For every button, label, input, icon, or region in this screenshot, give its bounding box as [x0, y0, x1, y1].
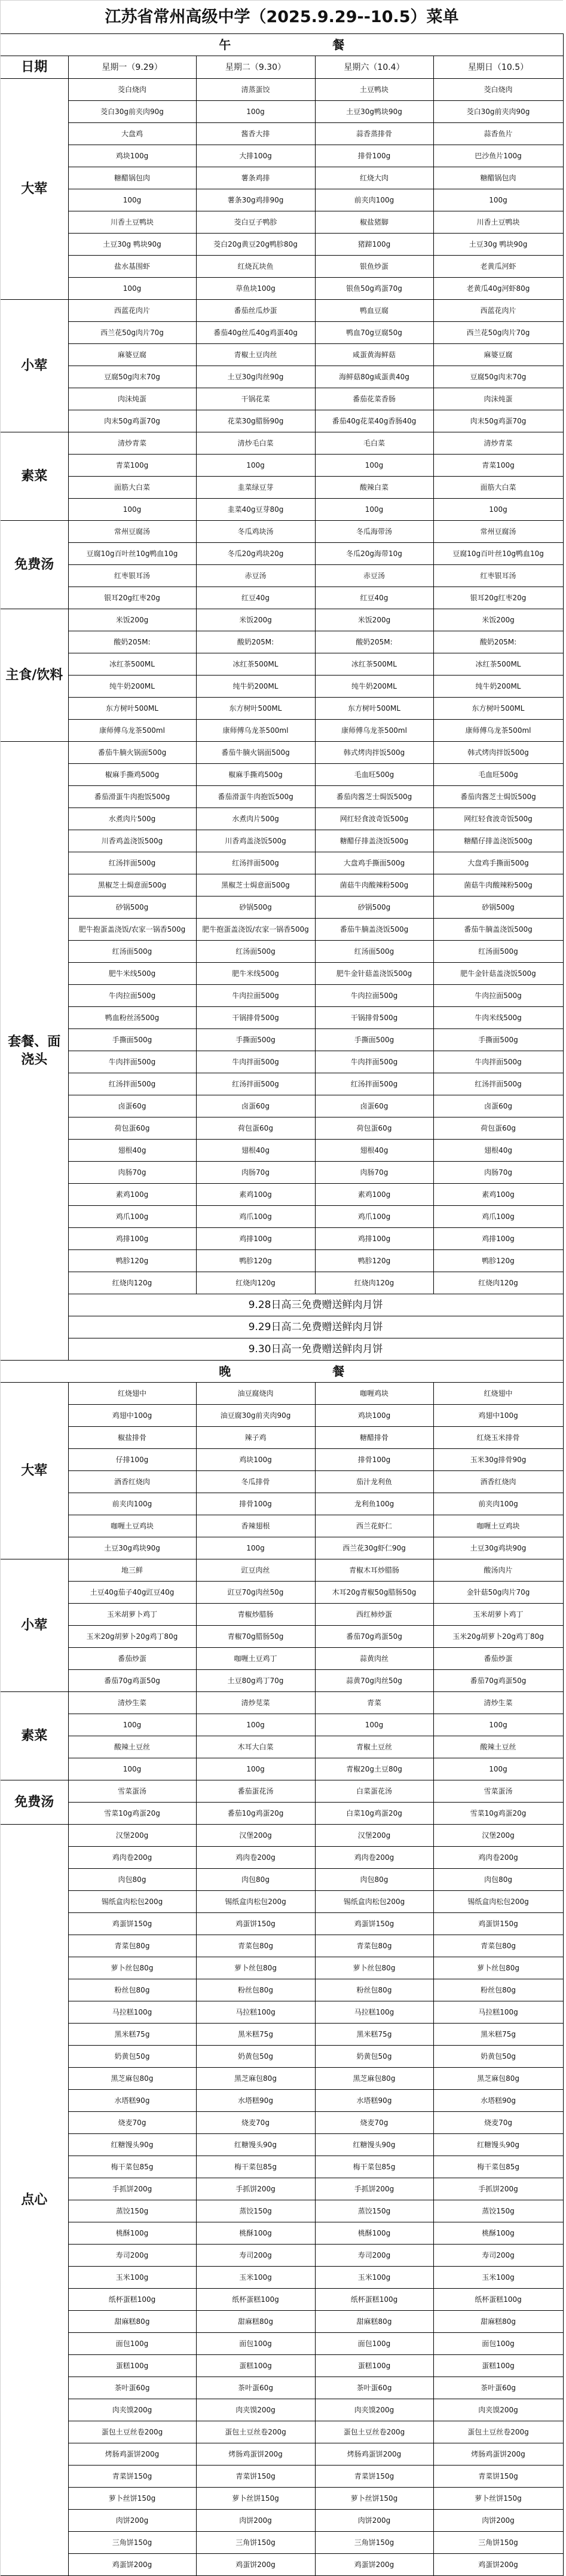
table-row: 番茄滑蛋牛肉抱饭500g番茄滑蛋牛肉抱饭500g番茄肉酱芝士焗饭500g番茄肉酱… [1, 786, 563, 808]
page-title: 江苏省常州高级中学（2025.9.29--10.5）菜单 [1, 1, 563, 34]
menu-cell-tue: 川香鸡盖浇饭500g [196, 830, 315, 852]
menu-cell-tue: 手撕面500g [196, 1029, 315, 1051]
table-row: 土豆30g鸡块90g100g西兰花30g虾仁90g土豆30g鸡块90g [1, 1537, 563, 1559]
table-row: 奶黄包50g奶黄包50g奶黄包50g奶黄包50g [1, 2046, 563, 2068]
menu-cell-sun: 青菜饼150g [433, 2466, 563, 2488]
category-label: 大荤 [1, 79, 68, 300]
menu-cell-tue: 烤肠鸡蛋饼200g [196, 2443, 315, 2466]
table-row: 青菜100g100g100g青菜100g [1, 455, 563, 477]
menu-cell-tue: 肉肠70g [196, 1162, 315, 1184]
menu-cell-sun: 翅根40g [433, 1140, 563, 1162]
date-column-header: 日期 [1, 56, 68, 79]
table-row: 点心汉堡200g汉堡200g汉堡200g汉堡200g [1, 1825, 563, 1847]
dinner-label-a: 晚 [219, 1364, 231, 1378]
table-row: 蛋糕100g蛋糕100g蛋糕100g蛋糕100g [1, 2355, 563, 2377]
table-row: 肉沫炖蛋干锅花菜番茄花菜香肠肉沫炖蛋 [1, 388, 563, 410]
menu-cell-mon: 清炒生菜 [68, 1692, 196, 1714]
menu-cell-sat: 东方树叶500ML [315, 698, 433, 720]
menu-cell-sun: 豆腐50g肉末70g [433, 366, 563, 388]
table-row: 肉夹馍200g肉夹馍200g肉夹馍200g肉夹馍200g [1, 2399, 563, 2421]
table-row: 红汤面500g红汤面500g红汤面500g红汤面500g [1, 941, 563, 963]
menu-cell-mon: 100g [68, 1758, 196, 1780]
menu-cell-tue: 木耳大白菜 [196, 1736, 315, 1758]
menu-cell-tue: 鸡爪100g [196, 1206, 315, 1228]
menu-cell-sun: 面筋大白菜 [433, 477, 563, 499]
table-row: 翅根40g翅根40g翅根40g翅根40g [1, 1140, 563, 1162]
menu-cell-sun: 100g [433, 1714, 563, 1736]
menu-cell-sun: 鸡排100g [433, 1228, 563, 1250]
menu-cell-sun: 卤蛋60g [433, 1095, 563, 1117]
menu-cell-sun: 清炒生菜 [433, 1692, 563, 1714]
category-label: 免费汤 [1, 521, 68, 609]
menu-cell-sat: 肉夹馍200g [315, 2399, 433, 2421]
table-row: 甜麻糕80g甜麻糕80g甜麻糕80g甜麻糕80g [1, 2311, 563, 2333]
menu-cell-tue: 甜麻糕80g [196, 2311, 315, 2333]
menu-cell-sun: 西蓝花肉片 [433, 300, 563, 322]
table-row: 100g韭菜40g豆芽80g100g100g [1, 499, 563, 521]
menu-cell-tue: 100g [196, 1537, 315, 1559]
table-row: 桃酥100g桃酥100g桃酥100g桃酥100g [1, 2222, 563, 2245]
table-row: 银耳20g红枣20g红豆40g红豆40g银耳20g红枣20g [1, 587, 563, 609]
table-row: 素菜清炒生菜清炒苋菜青菜清炒生菜 [1, 1692, 563, 1714]
menu-cell-sat: 100g [315, 499, 433, 521]
table-row: 鸭胗120g鸭胗120g鸭胗120g鸭胗120g [1, 1250, 563, 1272]
menu-cell-sun: 雪菜10g鸡蛋20g [433, 1803, 563, 1825]
menu-cell-sun: 蛋包土豆丝卷200g [433, 2421, 563, 2443]
table-row: 酸奶205M:酸奶205M:酸奶205M:酸奶205M: [1, 631, 563, 653]
note-row: 9.30日高一免费赠送鲜肉月饼 [1, 1338, 563, 1361]
menu-cell-tue: 番茄40g丝瓜40g鸡蛋40g [196, 322, 315, 344]
table-row: 豆腐10g百叶丝10g鸭血10g冬瓜20g鸡块20g冬瓜20g海带10g豆腐10… [1, 543, 563, 565]
menu-cell-sat: 肉肠70g [315, 1162, 433, 1184]
menu-cell-tue: 奶黄包50g [196, 2046, 315, 2068]
menu-cell-tue: 豇豆肉丝 [196, 1559, 315, 1582]
menu-cell-tue: 水塔糕90g [196, 2090, 315, 2112]
menu-cell-tue: 赤豆汤 [196, 565, 315, 587]
menu-cell-mon: 酸辣土豆丝 [68, 1736, 196, 1758]
menu-cell-tue: 椒麻手撕鸡500g [196, 764, 315, 786]
table-row: 鸡蛋饼200g鸡蛋饼200g鸡蛋饼200g鸡蛋饼200g [1, 2554, 563, 2576]
menu-cell-mon: 手抓饼200g [68, 2178, 196, 2200]
table-row: 咖喱土豆鸡块香辣翅根西兰花虾仁咖喱土豆鸡块 [1, 1515, 563, 1537]
menu-cell-mon: 酸奶205M: [68, 631, 196, 653]
menu-cell-mon: 水塔糕90g [68, 2090, 196, 2112]
menu-cell-sun: 红汤面500g [433, 941, 563, 963]
menu-cell-sun: 鸡蛋饼200g [433, 2554, 563, 2576]
table-row: 萝卜丝饼150g萝卜丝饼150g萝卜丝饼150g萝卜丝饼150g [1, 2488, 563, 2510]
menu-cell-sun: 红糖馒头90g [433, 2134, 563, 2156]
category-label: 小荤 [1, 1559, 68, 1692]
menu-cell-mon: 鸡肉卷200g [68, 1847, 196, 1869]
menu-cell-sat: 荷包蛋60g [315, 1117, 433, 1140]
menu-cell-tue: 番茄丝瓜炒蛋 [196, 300, 315, 322]
menu-cell-sat: 水塔糕90g [315, 2090, 433, 2112]
menu-cell-sat: 桃酥100g [315, 2222, 433, 2245]
menu-cell-tue: 红汤拌面500g [196, 852, 315, 874]
table-row: 椒麻手撕鸡500g椒麻手撕鸡500g毛血旺500g毛血旺500g [1, 764, 563, 786]
menu-cell-sat: 青菜 [315, 1692, 433, 1714]
menu-cell-mon: 土豆30g鸡块90g [68, 1537, 196, 1559]
menu-cell-sat: 冬瓜20g海带10g [315, 543, 433, 565]
table-row: 茭白30g前夹肉90g100g土豆30g鸭块90g茭白30g前夹肉90g [1, 101, 563, 123]
menu-cell-sat: 红豆40g [315, 587, 433, 609]
menu-cell-mon: 雪菜蛋汤 [68, 1780, 196, 1803]
menu-cell-tue: 青椒炒腊肠 [196, 1604, 315, 1626]
menu-cell-mon: 黑芝麻包80g [68, 2068, 196, 2090]
table-row: 康师傅乌龙茶500ml康师傅乌龙茶500ml康师傅乌龙茶500ml康师傅乌龙茶5… [1, 720, 563, 742]
table-row: 鸡块100g大排100g排骨100g巴沙鱼片100g [1, 145, 563, 167]
menu-cell-tue: 100g [196, 1758, 315, 1780]
table-row: 素鸡100g素鸡100g素鸡100g素鸡100g [1, 1184, 563, 1206]
menu-cell-tue: 油豆腐30g前夹肉90g [196, 1405, 315, 1427]
menu-cell-mon: 100g [68, 189, 196, 211]
menu-cell-sun: 老黄瓜河虾 [433, 256, 563, 278]
menu-cell-mon: 豆腐10g百叶丝10g鸭血10g [68, 543, 196, 565]
lunch-header-row: 午餐 [1, 34, 563, 56]
menu-cell-sat: 寿司200g [315, 2245, 433, 2267]
menu-cell-tue: 三角饼150g [196, 2532, 315, 2554]
menu-cell-mon: 盐水基围虾 [68, 256, 196, 278]
menu-cell-mon: 咖喱土豆鸡块 [68, 1515, 196, 1537]
menu-cell-tue: 冬瓜鸡块汤 [196, 521, 315, 543]
table-row: 川香鸡盖浇饭500g川香鸡盖浇饭500g糖醋仔排盖浇饭500g糖醋仔排盖浇饭50… [1, 830, 563, 852]
menu-cell-mon: 烧麦70g [68, 2112, 196, 2134]
menu-cell-sun: 牛肉拉面500g [433, 985, 563, 1007]
menu-cell-sat: 番茄牛腩盖浇饭500g [315, 919, 433, 941]
table-row: 手撕面500g手撕面500g手撕面500g手撕面500g [1, 1029, 563, 1051]
menu-cell-sun: 雪菜蛋汤 [433, 1780, 563, 1803]
table-row: 玉米20g胡萝卜20g鸡丁80g青椒70g腊肠50g番茄70g鸡蛋50g玉米20… [1, 1626, 563, 1648]
menu-cell-tue: 砂锅500g [196, 896, 315, 919]
table-row: 大荤茭白烧肉清蒸蛋饺土豆鸭块茭白烧肉 [1, 79, 563, 101]
menu-cell-mon: 仔排100g [68, 1449, 196, 1471]
menu-cell-tue: 红汤面500g [196, 941, 315, 963]
menu-cell-tue: 玉米100g [196, 2267, 315, 2289]
menu-cell-mon: 粉丝包80g [68, 1979, 196, 2001]
menu-cell-sun: 番茄70g鸡蛋50g [433, 1670, 563, 1692]
menu-cell-sun: 番茄炒蛋 [433, 1648, 563, 1670]
menu-cell-sat: 黑米糕75g [315, 2024, 433, 2046]
menu-cell-mon: 番茄滑蛋牛肉抱饭500g [68, 786, 196, 808]
menu-cell-sun: 手撕面500g [433, 1029, 563, 1051]
table-row: 红烧肉120g红烧肉120g红烧肉120g红烧肉120g [1, 1272, 563, 1294]
menu-cell-tue: 萝卜丝包80g [196, 1957, 315, 1979]
menu-cell-mon: 鸡蛋饼150g [68, 1913, 196, 1935]
menu-cell-tue: 番茄牛腩火锅面500g [196, 742, 315, 764]
mooncake-note: 9.28日高三免费赠送鲜肉月饼 [68, 1294, 563, 1316]
menu-cell-tue: 鸡蛋饼150g [196, 1913, 315, 1935]
menu-cell-sun: 网红轻食波奇饭500g [433, 808, 563, 830]
menu-cell-tue: 薯条鸡排 [196, 167, 315, 189]
menu-cell-sat: 茶叶蛋60g [315, 2377, 433, 2399]
menu-cell-sat: 鸡蛋饼150g [315, 1913, 433, 1935]
menu-cell-sun: 肉肠70g [433, 1162, 563, 1184]
menu-cell-sun: 面包100g [433, 2333, 563, 2355]
menu-cell-sun: 肉末50g鸡蛋70g [433, 410, 563, 432]
menu-cell-tue: 土豆30g肉丝90g [196, 366, 315, 388]
menu-cell-mon: 肉饼200g [68, 2510, 196, 2532]
menu-cell-tue: 辣子鸡 [196, 1427, 315, 1449]
menu-cell-tue: 番茄蛋花汤 [196, 1780, 315, 1803]
menu-cell-sat: 蒜香蒸排骨 [315, 123, 433, 145]
menu-cell-sat: 糖醋排骨 [315, 1427, 433, 1449]
menu-cell-mon: 奶黄包50g [68, 2046, 196, 2068]
table-row: 肥牛抱蛋盖浇饭/农家一锅香500g肥牛抱蛋盖浇饭/农家一锅香500g番茄牛腩盖浇… [1, 919, 563, 941]
menu-cell-mon: 鸡翅中100g [68, 1405, 196, 1427]
menu-cell-sun: 蒜香鱼片 [433, 123, 563, 145]
menu-cell-tue: 青菜包80g [196, 1935, 315, 1957]
menu-cell-sun: 毛血旺500g [433, 764, 563, 786]
menu-cell-sat: 鸡蛋饼200g [315, 2554, 433, 2576]
menu-cell-sat: 椒盐猪脚 [315, 211, 433, 234]
menu-cell-tue: 豇豆70g肉丝50g [196, 1582, 315, 1604]
menu-cell-mon: 椒盐排骨 [68, 1427, 196, 1449]
table-row: 牛肉拉面500g牛肉拉面500g牛肉拉面500g牛肉拉面500g [1, 985, 563, 1007]
menu-cell-sun: 蛋糕100g [433, 2355, 563, 2377]
mooncake-note: 9.29日高二免费赠送鲜肉月饼 [68, 1316, 563, 1338]
menu-cell-tue: 水煮肉片500g [196, 808, 315, 830]
menu-cell-sun: 鸭胗120g [433, 1250, 563, 1272]
table-row: 大盘鸡酱香大排蒜香蒸排骨蒜香鱼片 [1, 123, 563, 145]
menu-cell-tue: 青椒土豆肉丝 [196, 344, 315, 366]
day-header-tue: 星期二（9.30） [196, 56, 315, 79]
menu-cell-sat: 红烧大肉 [315, 167, 433, 189]
menu-cell-tue: 卤蛋60g [196, 1095, 315, 1117]
menu-cell-mon: 前夹肉100g [68, 1493, 196, 1515]
menu-cell-sun: 鸡爪100g [433, 1206, 563, 1228]
category-label: 点心 [1, 1825, 68, 2576]
menu-cell-mon: 青菜包80g [68, 1935, 196, 1957]
menu-cell-sat: 赤豆汤 [315, 565, 433, 587]
menu-cell-tue: 番茄10g鸡蛋20g [196, 1803, 315, 1825]
table-row: 荷包蛋60g荷包蛋60g荷包蛋60g荷包蛋60g [1, 1117, 563, 1140]
menu-cell-mon: 马拉糕100g [68, 2001, 196, 2024]
menu-cell-mon: 红汤拌面500g [68, 852, 196, 874]
menu-cell-tue: 牛肉拉面500g [196, 985, 315, 1007]
menu-cell-mon: 纯牛奶200ML [68, 676, 196, 698]
menu-cell-sat: 肉饼200g [315, 2510, 433, 2532]
menu-cell-sun: 水塔糕90g [433, 2090, 563, 2112]
menu-cell-sat: 银鱼50g鸡蛋70g [315, 278, 433, 300]
menu-cell-sun: 红烧翅中 [433, 1383, 563, 1405]
menu-cell-sun: 100g [433, 1758, 563, 1780]
menu-cell-sat: 银鱼炒蛋 [315, 256, 433, 278]
menu-cell-sat: 纯牛奶200ML [315, 676, 433, 698]
menu-cell-tue: 鸡块100g [196, 1449, 315, 1471]
table-row: 鸡爪100g鸡爪100g鸡爪100g鸡爪100g [1, 1206, 563, 1228]
menu-cell-mon: 红烧翅中 [68, 1383, 196, 1405]
menu-cell-sat: 猪蹄100g [315, 234, 433, 256]
table-row: 肉饼200g肉饼200g肉饼200g肉饼200g [1, 2510, 563, 2532]
menu-cell-mon: 鸡排100g [68, 1228, 196, 1250]
menu-cell-tue: 梅干菜包85g [196, 2156, 315, 2178]
menu-cell-sat: 红糖馒头90g [315, 2134, 433, 2156]
menu-cell-mon: 鸡蛋饼200g [68, 2554, 196, 2576]
menu-cell-mon: 鸡爪100g [68, 1206, 196, 1228]
menu-cell-tue: 青菜饼150g [196, 2466, 315, 2488]
table-row: 鸡排100g鸡排100g鸡排100g鸡排100g [1, 1228, 563, 1250]
menu-cell-sun: 土豆30g 鸭块90g [433, 234, 563, 256]
menu-cell-sat: 蒜黄肉丝 [315, 1648, 433, 1670]
menu-cell-sun: 老黄瓜40g河虾80g [433, 278, 563, 300]
menu-cell-sat: 康师傅乌龙茶500ml [315, 720, 433, 742]
menu-cell-sat: 白菜10g鸡蛋20g [315, 1803, 433, 1825]
menu-cell-mon: 银耳20g红枣20g [68, 587, 196, 609]
menu-cell-sun: 茶叶蛋60g [433, 2377, 563, 2399]
table-row: 椒盐排骨辣子鸡糖醋排骨红烧玉米排骨 [1, 1427, 563, 1449]
dinner-header-row: 晚餐 [1, 1361, 563, 1383]
menu-cell-sat: 100g [315, 1714, 433, 1736]
menu-cell-sat: 干锅排骨500g [315, 1007, 433, 1029]
menu-cell-sun: 黑芝麻包80g [433, 2068, 563, 2090]
menu-cell-mon: 烤肠鸡蛋饼200g [68, 2443, 196, 2466]
table-row: 盐水基围虾红烧瓦块鱼银鱼炒蛋老黄瓜河虾 [1, 256, 563, 278]
menu-cell-sun: 锡纸盒肉松包200g [433, 1891, 563, 1913]
table-row: 糖醋锅包肉薯条鸡排红烧大肉糖醋锅包肉 [1, 167, 563, 189]
menu-cell-sat: 番茄40g花菜40g香肠40g [315, 410, 433, 432]
menu-cell-sun: 奶黄包50g [433, 2046, 563, 2068]
menu-cell-sun: 西兰花50g肉片70g [433, 322, 563, 344]
table-row: 梅干菜包85g梅干菜包85g梅干菜包85g梅干菜包85g [1, 2156, 563, 2178]
menu-cell-sun: 玉米100g [433, 2267, 563, 2289]
menu-cell-sat: 青菜包80g [315, 1935, 433, 1957]
menu-cell-sun: 糖醋仔排盖浇饭500g [433, 830, 563, 852]
menu-cell-mon: 玉米20g胡萝卜20g鸡丁80g [68, 1626, 196, 1648]
menu-cell-mon: 鸭胗120g [68, 1250, 196, 1272]
menu-cell-tue: 桃酥100g [196, 2222, 315, 2245]
menu-cell-sun: 手抓饼200g [433, 2178, 563, 2200]
menu-cell-sun: 土豆30g鸡块90g [433, 1537, 563, 1559]
menu-cell-mon: 红枣银耳汤 [68, 565, 196, 587]
menu-cell-sat: 卤蛋60g [315, 1095, 433, 1117]
menu-cell-sun: 鸡翅中100g [433, 1405, 563, 1427]
menu-cell-sun: 红烧玉米排骨 [433, 1427, 563, 1449]
menu-cell-sun: 红烧肉120g [433, 1272, 563, 1294]
menu-cell-sat: 咸蛋黄海鲜菇 [315, 344, 433, 366]
menu-cell-tue: 东方树叶500ML [196, 698, 315, 720]
menu-cell-tue: 烧麦70g [196, 2112, 315, 2134]
menu-cell-sun: 肉饼200g [433, 2510, 563, 2532]
dinner-label-b: 餐 [332, 1364, 344, 1378]
menu-cell-sat: 冬瓜海带汤 [315, 521, 433, 543]
menu-cell-sat: 冰红茶500ML [315, 653, 433, 676]
menu-cell-mon: 肉末50g鸡蛋70g [68, 410, 196, 432]
menu-cell-sun: 马拉糕100g [433, 2001, 563, 2024]
table-row: 小荤西蓝花肉片番茄丝瓜炒蛋鸭血豆腐西蓝花肉片 [1, 300, 563, 322]
menu-cell-sun: 银耳20g红枣20g [433, 587, 563, 609]
table-row: 青菜饼150g青菜饼150g青菜饼150g青菜饼150g [1, 2466, 563, 2488]
table-row: 雪菜10g鸡蛋20g番茄10g鸡蛋20g白菜10g鸡蛋20g雪菜10g鸡蛋20g [1, 1803, 563, 1825]
menu-cell-sun: 萝卜丝饼150g [433, 2488, 563, 2510]
menu-cell-sat: 锡纸盒肉松包200g [315, 1891, 433, 1913]
table-row: 素菜清炒青菜清炒毛白菜毛白菜清炒青菜 [1, 432, 563, 455]
menu-cell-mon: 常州豆腐汤 [68, 521, 196, 543]
menu-cell-tue: 100g [196, 455, 315, 477]
menu-cell-sun: 前夹肉100g [433, 1493, 563, 1515]
menu-cell-mon: 面筋大白菜 [68, 477, 196, 499]
menu-cell-sat: 米饭200g [315, 609, 433, 631]
table-row: 茶叶蛋60g茶叶蛋60g茶叶蛋60g茶叶蛋60g [1, 2377, 563, 2399]
menu-cell-tue: 红汤拌面500g [196, 1073, 315, 1095]
menu-cell-mon: 水煮肉片500g [68, 808, 196, 830]
menu-cell-tue: 素鸡100g [196, 1184, 315, 1206]
menu-cell-sun: 东方树叶500ML [433, 698, 563, 720]
menu-cell-sun: 寿司200g [433, 2245, 563, 2267]
table-row: 马拉糕100g马拉糕100g马拉糕100g马拉糕100g [1, 2001, 563, 2024]
menu-cell-sun: 蒸饺150g [433, 2200, 563, 2222]
menu-cell-mon: 红汤拌面500g [68, 1073, 196, 1095]
menu-cell-sat: 排骨100g [315, 145, 433, 167]
table-row: 前夹肉100g排骨100g龙利鱼100g前夹肉100g [1, 1493, 563, 1515]
menu-cell-tue: 肥牛米线500g [196, 963, 315, 985]
menu-cell-sun: 大盘鸡手撕面500g [433, 852, 563, 874]
menu-cell-mon: 寿司200g [68, 2245, 196, 2267]
menu-cell-tue: 冰红茶500ML [196, 653, 315, 676]
menu-cell-mon: 蛋包土豆丝卷200g [68, 2421, 196, 2443]
title-row: 江苏省常州高级中学（2025.9.29--10.5）菜单 [1, 1, 563, 34]
menu-cell-sat: 咖喱鸡块 [315, 1383, 433, 1405]
menu-cell-sat: 红烧肉120g [315, 1272, 433, 1294]
menu-cell-sun: 牛肉米线500g [433, 1007, 563, 1029]
table-row: 纯牛奶200ML纯牛奶200ML纯牛奶200ML纯牛奶200ML [1, 676, 563, 698]
menu-cell-sun: 素鸡100g [433, 1184, 563, 1206]
menu-cell-tue: 翅根40g [196, 1140, 315, 1162]
menu-cell-mon: 砂锅500g [68, 896, 196, 919]
menu-cell-tue: 萝卜丝饼150g [196, 2488, 315, 2510]
menu-cell-mon: 鸡块100g [68, 145, 196, 167]
menu-cell-tue: 酸奶205M: [196, 631, 315, 653]
menu-cell-sun: 黑米糕75g [433, 2024, 563, 2046]
table-row: 仔排100g鸡块100g排骨100g玉米30g排骨90g [1, 1449, 563, 1471]
table-row: 纸杯蛋糕100g纸杯蛋糕100g纸杯蛋糕100g纸杯蛋糕100g [1, 2289, 563, 2311]
menu-cell-mon: 锡纸盒肉松包200g [68, 1891, 196, 1913]
menu-cell-tue: 红烧瓦块鱼 [196, 256, 315, 278]
menu-cell-tue: 咖喱土豆鸡丁 [196, 1648, 315, 1670]
menu-cell-mon: 手撕面500g [68, 1029, 196, 1051]
category-label: 素菜 [1, 432, 68, 521]
menu-cell-tue: 茶叶蛋60g [196, 2377, 315, 2399]
menu-cell-sat: 面包100g [315, 2333, 433, 2355]
table-row: 鸡肉卷200g鸡肉卷200g鸡肉卷200g鸡肉卷200g [1, 1847, 563, 1869]
menu-cell-mon: 桃酥100g [68, 2222, 196, 2245]
menu-cell-mon: 红烧肉120g [68, 1272, 196, 1294]
menu-cell-sun: 康师傅乌龙茶500ml [433, 720, 563, 742]
menu-cell-mon: 黑椒芝士焗意面500g [68, 874, 196, 896]
menu-cell-tue: 纯牛奶200ML [196, 676, 315, 698]
menu-cell-sat: 甜麻糕80g [315, 2311, 433, 2333]
menu-cell-sun: 红枣银耳汤 [433, 565, 563, 587]
table-row: 套餐、面浇头番茄牛腩火锅面500g番茄牛腩火锅面500g韩式烤肉拌饭500g韩式… [1, 742, 563, 764]
menu-cell-mon: 米饭200g [68, 609, 196, 631]
table-row: 免费汤常州豆腐汤冬瓜鸡块汤冬瓜海带汤常州豆腐汤 [1, 521, 563, 543]
menu-cell-tue: 冬瓜排骨 [196, 1471, 315, 1493]
menu-cell-sat: 网红轻食波奇饭500g [315, 808, 433, 830]
menu-cell-sun: 茭白30g前夹肉90g [433, 101, 563, 123]
table-row: 萝卜丝包80g萝卜丝包80g萝卜丝包80g萝卜丝包80g [1, 1957, 563, 1979]
table-row: 红枣银耳汤赤豆汤赤豆汤红枣银耳汤 [1, 565, 563, 587]
menu-cell-sun: 米饭200g [433, 609, 563, 631]
menu-cell-mon: 糖醋锅包肉 [68, 167, 196, 189]
menu-cell-mon: 黑米糕75g [68, 2024, 196, 2046]
menu-cell-sun: 川香土豆鸭块 [433, 211, 563, 234]
menu-cell-tue: 红烧肉120g [196, 1272, 315, 1294]
menu-cell-mon: 椒麻手撕鸡500g [68, 764, 196, 786]
menu-cell-tue: 肉饼200g [196, 2510, 315, 2532]
menu-cell-mon: 豆腐50g肉末70g [68, 366, 196, 388]
menu-cell-sun: 纯牛奶200ML [433, 676, 563, 698]
table-row: 烧麦70g烧麦70g烧麦70g烧麦70g [1, 2112, 563, 2134]
menu-cell-tue: 冬瓜20g鸡块20g [196, 543, 315, 565]
